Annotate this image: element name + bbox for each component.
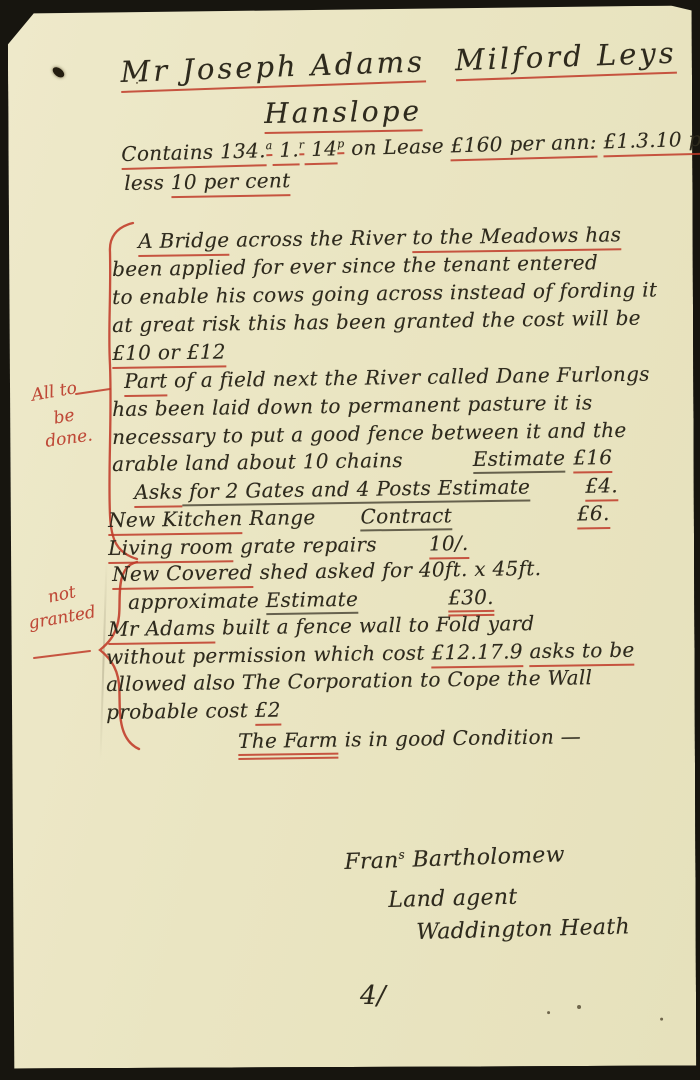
margin-note-not-granted: not bbox=[46, 582, 78, 607]
margin-note-not-granted: granted bbox=[27, 602, 97, 633]
margin-note-all-to-be-done: All to bbox=[30, 378, 78, 406]
margin-note-all-to-be-done: be bbox=[52, 405, 76, 428]
margin-note-all-to-be-done: done. bbox=[44, 425, 94, 451]
scan-background: Mr Joseph AdamsMilford LeysHanslopeConta… bbox=[0, 0, 700, 1080]
margin-notes: All tobedone.notgranted bbox=[0, 0, 700, 1080]
